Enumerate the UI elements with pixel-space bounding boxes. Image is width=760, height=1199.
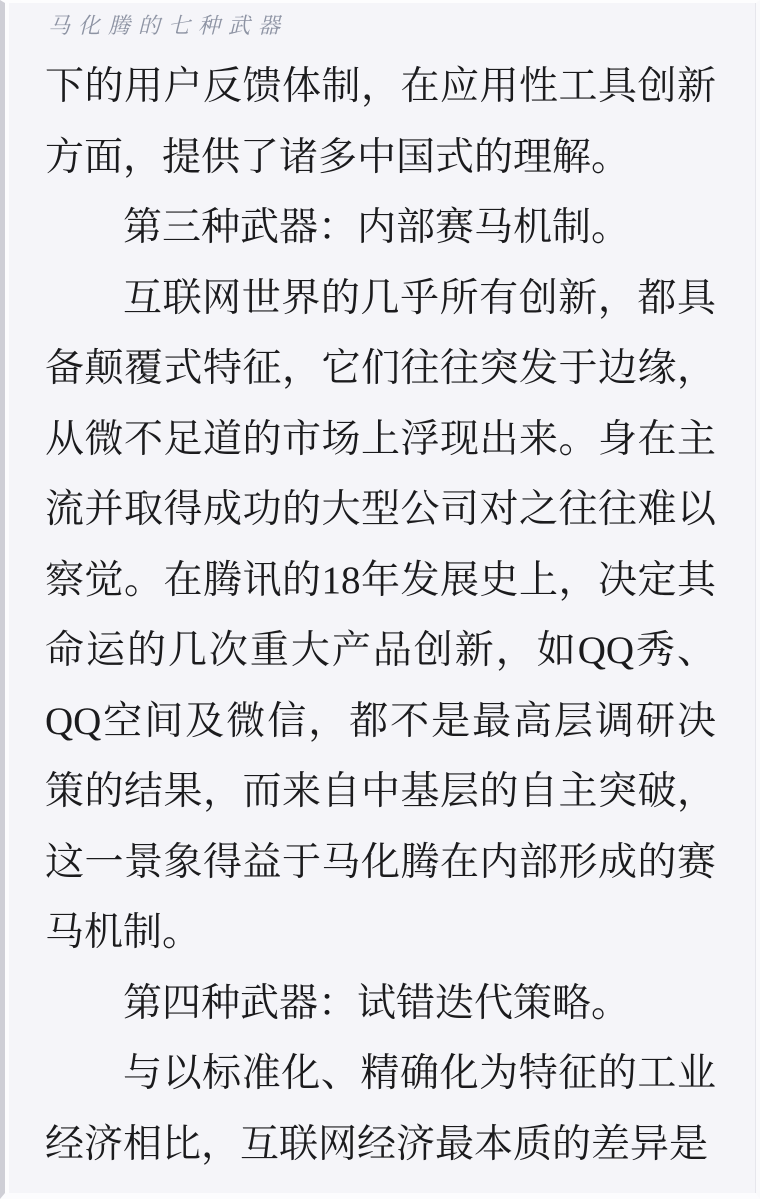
paragraph: 下的用户反馈体制，在应用性工具创新方面，提供了诸多中国式的理解。 xyxy=(45,52,716,193)
paragraph-weapon-four-heading: 第四种武器：试错迭代策略。 xyxy=(45,969,716,1040)
chapter-title: 马化腾的七种武器 xyxy=(48,11,756,41)
page-body: 下的用户反馈体制，在应用性工具创新方面，提供了诸多中国式的理解。 第三种武器：内… xyxy=(5,52,756,1180)
ebook-reader-page[interactable]: 马化腾的七种武器 下的用户反馈体制，在应用性工具创新方面，提供了诸多中国式的理解… xyxy=(0,0,760,1199)
paragraph: 互联网世界的几乎所有创新，都具备颠覆式特征，它们往往突发于边缘，从微不足道的市场… xyxy=(45,264,716,969)
paragraph-weapon-three-heading: 第三种武器：内部赛马机制。 xyxy=(45,193,716,264)
paragraph: 与以标准化、精确化为特征的工业经济相比，互联网经济最本质的差异是 xyxy=(45,1039,716,1180)
